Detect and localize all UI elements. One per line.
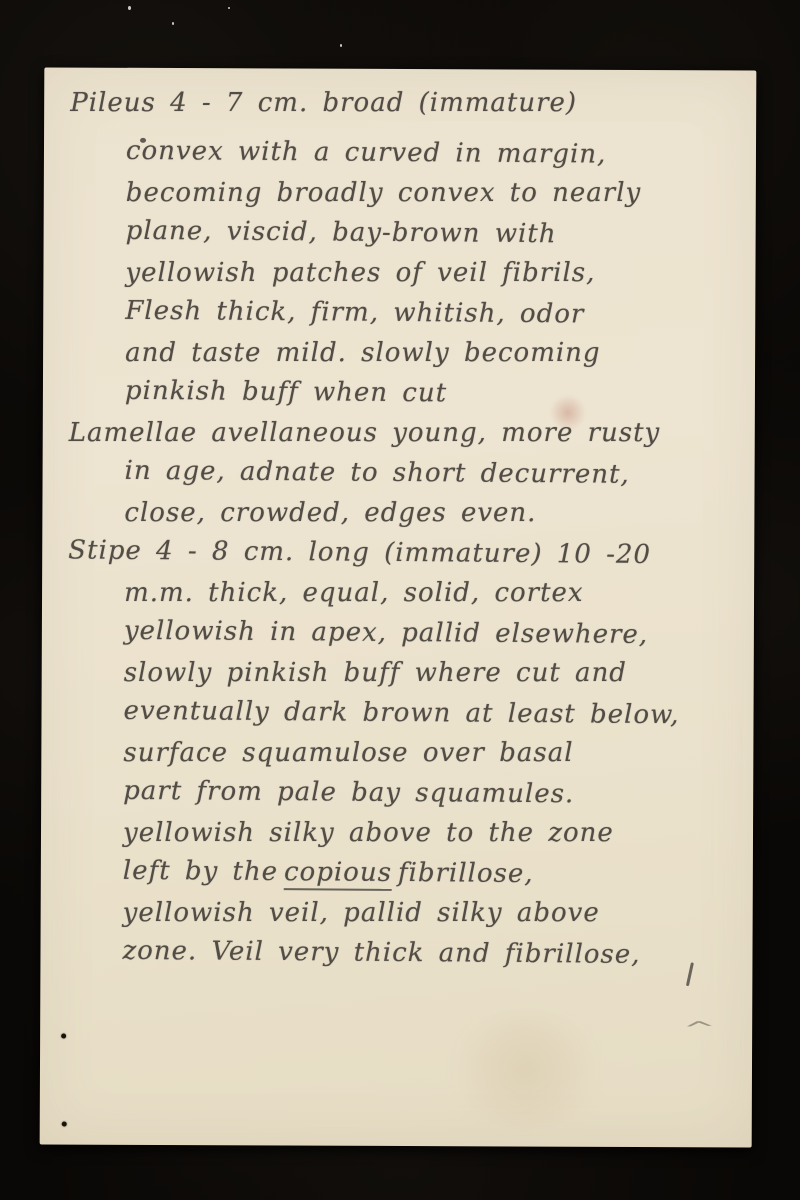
underlined-word: copious [284,857,392,891]
dust-speck [172,22,174,25]
note-line: surface squamulose over basal [65,733,745,773]
dust-speck [340,44,342,47]
note-line: m.m. thick, equal, solid, cortex [66,573,746,613]
dust-speck [128,6,131,10]
note-line: yellowish silky above to the zone [65,813,745,853]
pinhole [61,1034,66,1039]
note-line: left by thecopiousfibrillose, [65,850,745,895]
note-line: Flesh thick, firm, whitish, odor [67,290,747,335]
stain [436,1009,617,1130]
note-line: close, crowded, edges even. [66,493,746,533]
note-line: Pileus 4 - 7 cm. broad (immature) [68,83,748,123]
note-line: Stipe 4 - 8 cm. long (immature) 10 -20 [66,530,746,575]
note-line: Lamellae avellaneous young, more rusty [67,413,747,453]
note-line: becoming broadly convex to nearly [68,173,748,213]
note-line: part from pale bay squamules. [65,770,745,815]
note-line: yellowish veil, pallid silky above [65,893,745,933]
note-line: convex with a curved in margin, [68,130,748,175]
note-line: eventually dark brown at least below, [65,690,745,735]
note-card: ^ Pileus 4 - 7 cm. broad (immature) conv… [40,67,757,1147]
pinhole [62,1122,67,1127]
note-line-segment: left by the [123,856,278,887]
note-line: yellowish in apex, pallid elsewhere, [66,610,746,655]
note-line-segment: fibrillose, [398,858,534,889]
note-line: and taste mild. slowly becoming [67,333,747,373]
pencil-mark: ^ [682,1018,718,1040]
photo-background: ^ Pileus 4 - 7 cm. broad (immature) conv… [0,0,800,1200]
note-line: slowly pinkish buff where cut and [66,653,746,693]
note-line: yellowish patches of veil fibrils, [67,253,747,293]
note-line: in age, adnate to short decurrent, [66,450,746,495]
handwritten-note: Pileus 4 - 7 cm. broad (immature) convex… [64,82,748,975]
note-line: pinkish buff when cut [67,370,747,415]
dust-speck [228,7,230,9]
note-line: zone. Veil very thick and fibrillose, [64,930,744,975]
note-line: plane, viscid, bay-brown with [67,210,747,255]
